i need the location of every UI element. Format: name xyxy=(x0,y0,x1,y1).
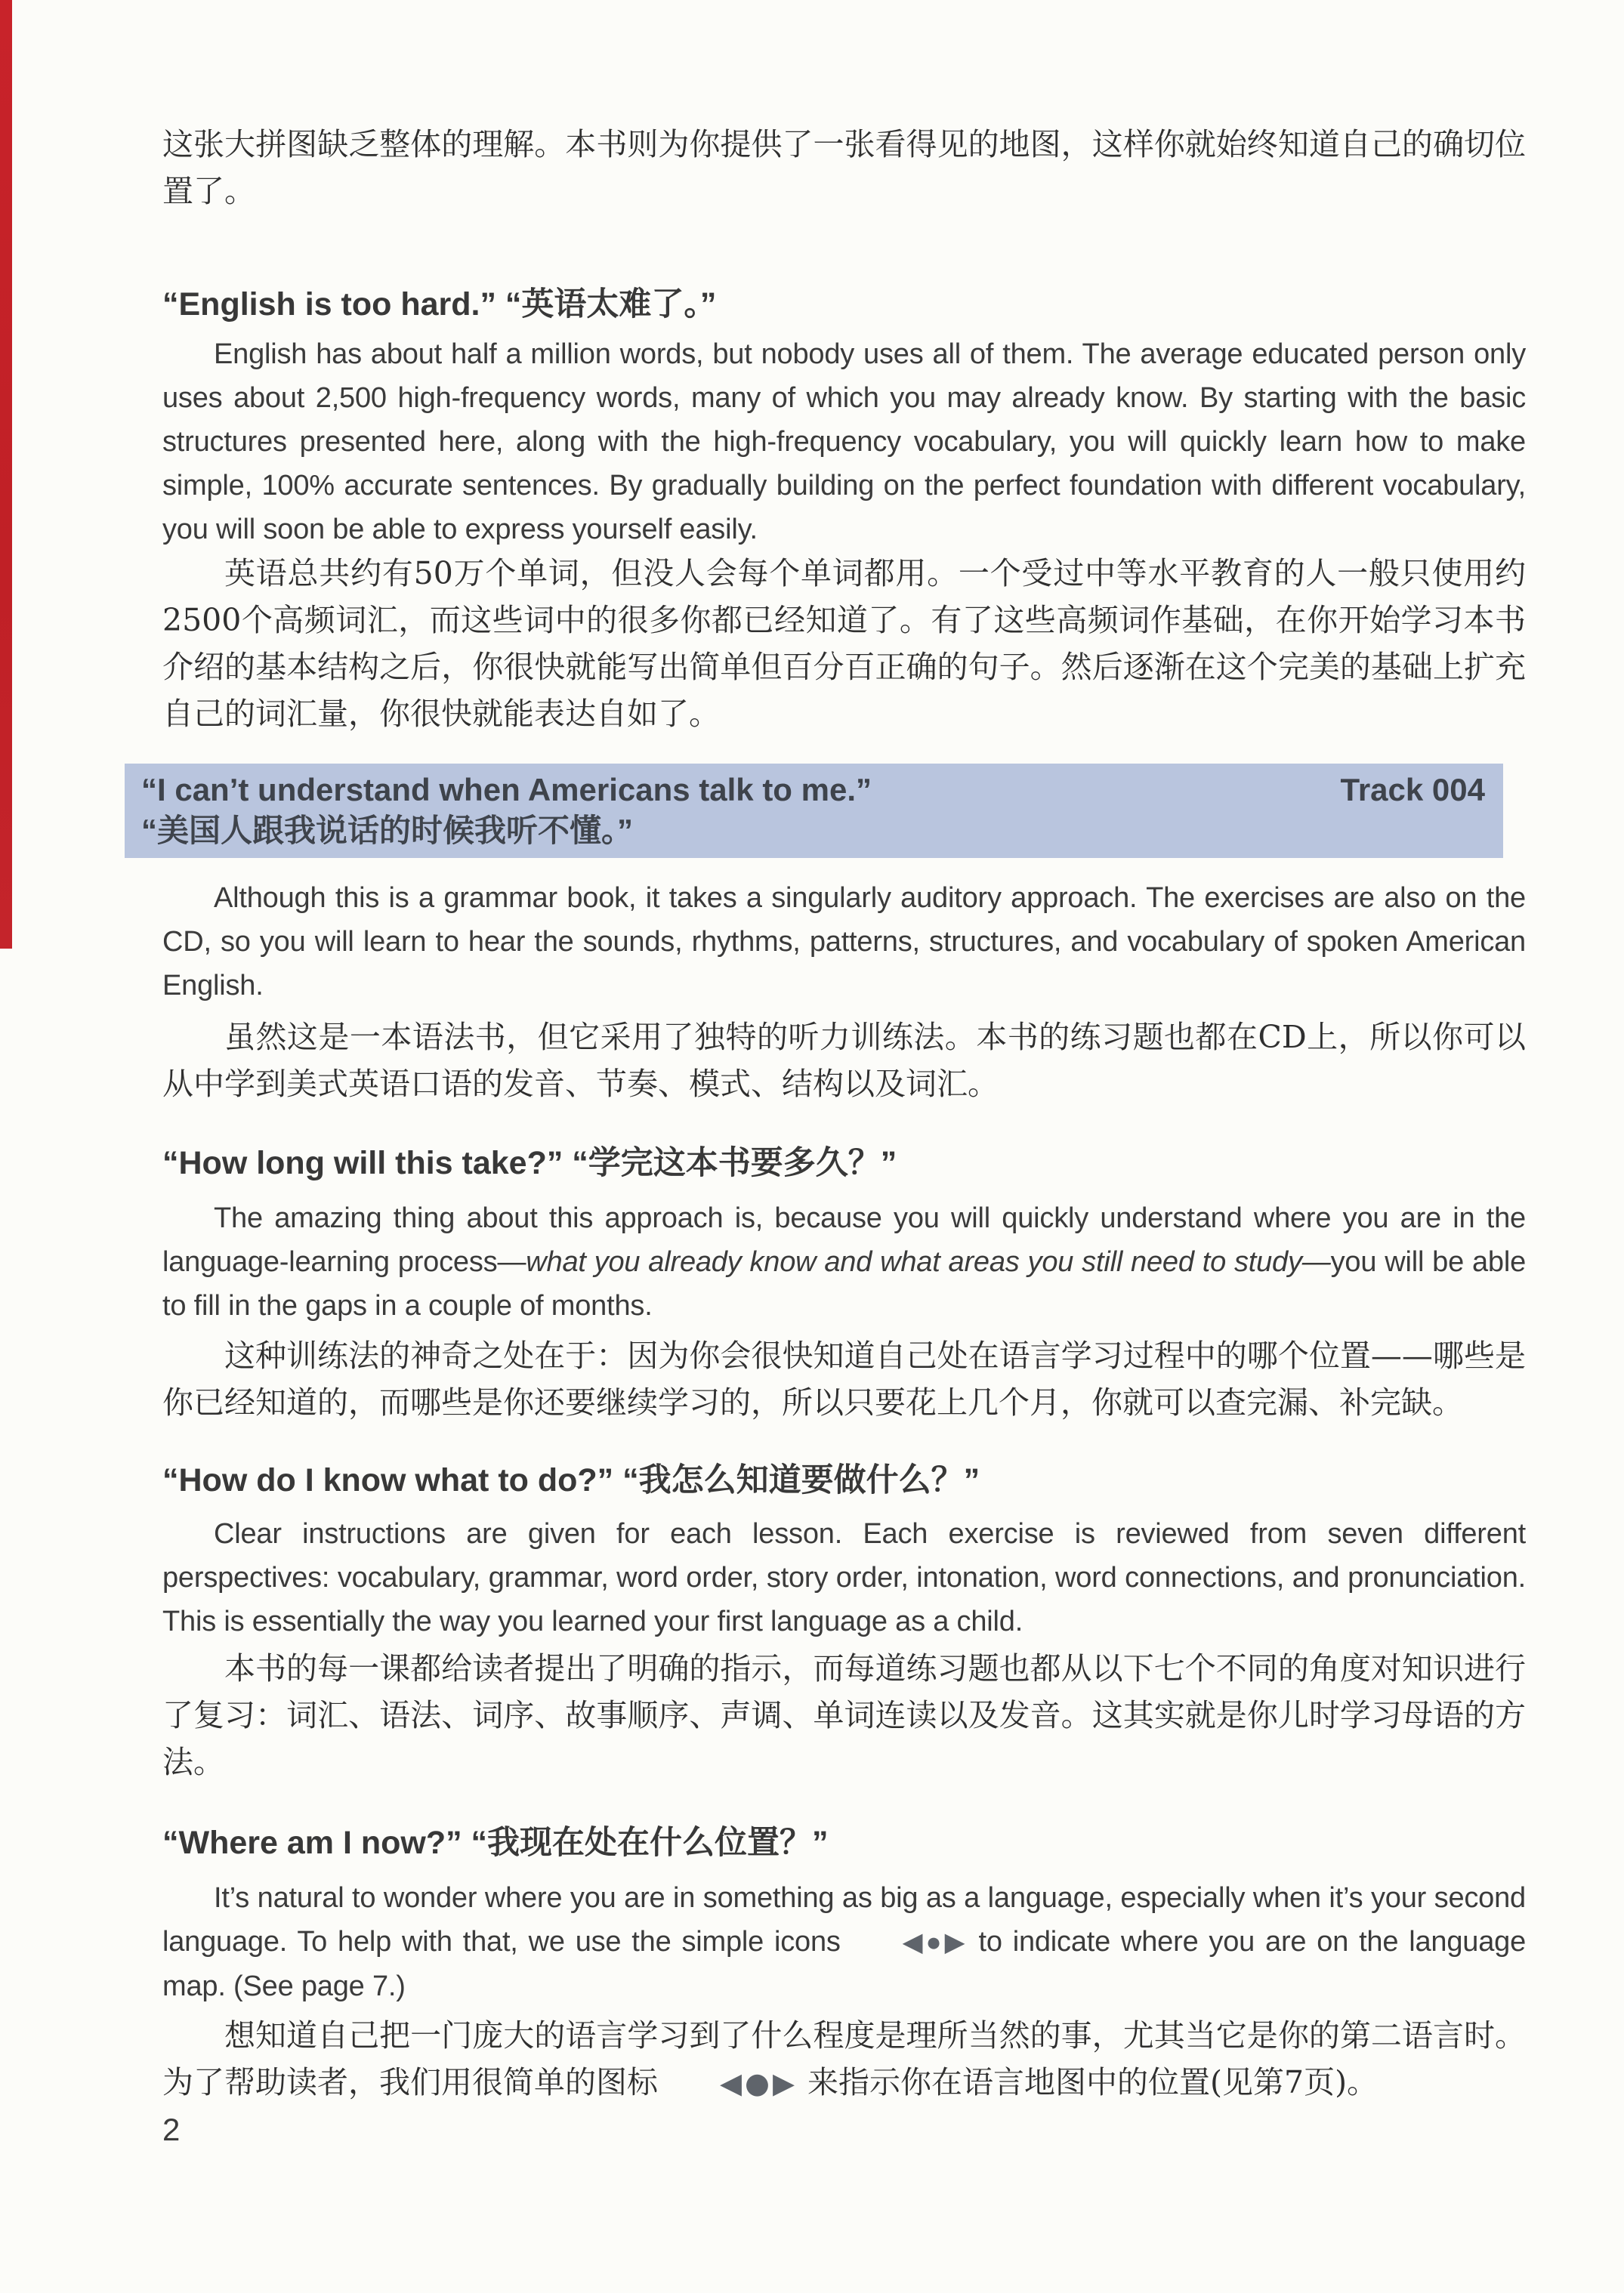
paragraph-zh-where-am-i: 想知道自己把一门庞大的语言学习到了什么程度是理所当然的事，尤其当它是你的第二语言… xyxy=(162,2012,1526,2106)
page-number: 2 xyxy=(162,2112,180,2148)
position-dot-icon: ● xyxy=(926,1927,945,1957)
section-heading-where-am-i: “Where am I now?” “我现在处在什么位置？” xyxy=(162,1823,1526,1862)
paragraph-zh-english-too-hard: 英语总共约有50万个单词，但没人会每个单词都用。一个受过中等水平教育的人一般只使… xyxy=(162,550,1526,737)
track-banner-row: “I can’t understand when Americans talk … xyxy=(141,770,1485,810)
banner-title-zh: “美国人跟我说话的时候我听不懂。” xyxy=(141,810,1485,851)
paragraph-zh-how-long: 这种训练法的神奇之处在于：因为你会很快知道自己处在语言学习过程中的哪个位置——哪… xyxy=(162,1332,1526,1426)
section-heading-english-too-hard: “English is too hard.” “英语太难了。” xyxy=(162,285,1526,324)
paragraph-zh-cant-understand: 虽然这是一本语法书，但它采用了独特的听力训练法。本书的练习题也都在CD上，所以你… xyxy=(162,1014,1526,1107)
prev-triangle-icon: ◀ xyxy=(720,2066,745,2100)
intro-paragraph-zh: 这张大拼图缺乏整体的理解。本书则为你提供了一张看得见的地图，这样你就始终知道自己… xyxy=(162,121,1526,214)
position-dot-icon: ● xyxy=(745,2066,773,2100)
track-number-label: Track 004 xyxy=(1340,770,1485,810)
paragraph-en-what-to-do: Clear instructions are given for each le… xyxy=(162,1512,1526,1643)
where-am-i-zh-post: 来指示你在语言地图中的位置(见第7页)。 xyxy=(798,2064,1378,2100)
track-banner: “I can’t understand when Americans talk … xyxy=(125,764,1503,858)
banner-title-en: “I can’t understand when Americans talk … xyxy=(141,770,872,810)
language-map-icons: ◀●▶ xyxy=(851,1921,968,1964)
paragraph-en-cant-understand: Although this is a grammar book, it take… xyxy=(162,876,1526,1008)
language-map-icons-zh: ◀●▶ xyxy=(658,2060,798,2106)
section-heading-how-long: “How long will this take?” “学完这本书要多久？” xyxy=(162,1143,1526,1183)
book-page: 这张大拼图缺乏整体的理解。本书则为你提供了一张看得见的地图，这样你就始终知道自己… xyxy=(0,0,1624,2293)
section-heading-what-to-do: “How do I know what to do?” “我怎么知道要做什么？” xyxy=(162,1461,1526,1500)
next-triangle-icon: ▶ xyxy=(945,1927,968,1957)
paragraph-en-where-am-i: It’s natural to wonder where you are in … xyxy=(162,1876,1526,2008)
how-long-text-italic: what you already know and what areas you… xyxy=(526,1246,1330,1278)
paragraph-en-english-too-hard: English has about half a million words, … xyxy=(162,332,1526,551)
paragraph-en-how-long: The amazing thing about this approach is… xyxy=(162,1196,1526,1328)
book-spine-edge xyxy=(0,0,12,949)
paragraph-zh-what-to-do: 本书的每一课都给读者提出了明确的指示，而每道练习题也都从以下七个不同的角度对知识… xyxy=(162,1645,1526,1785)
prev-triangle-icon: ◀ xyxy=(903,1927,926,1957)
next-triangle-icon: ▶ xyxy=(773,2066,798,2100)
